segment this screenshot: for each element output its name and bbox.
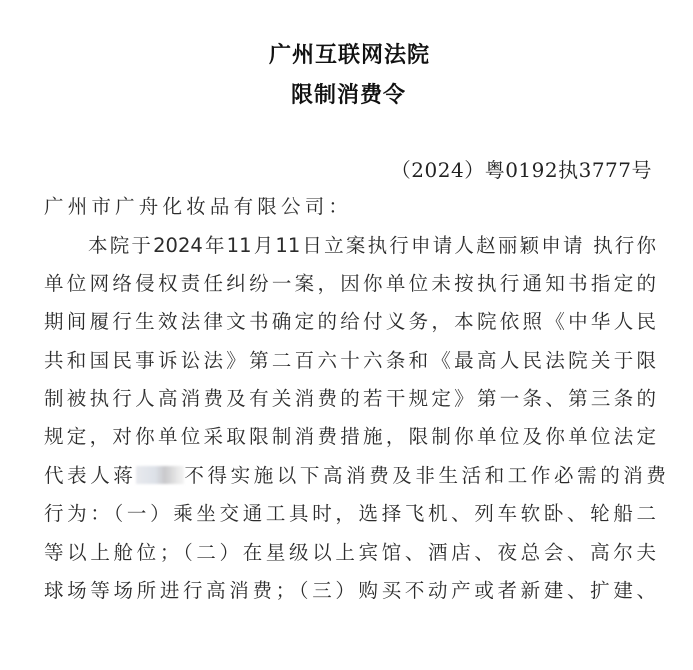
body-line-6: 规定，对你单位采取限制消费措施，限制你单位及你单位法定 — [44, 424, 656, 450]
court-name-heading: 广州互联网法院 — [3, 38, 693, 69]
addressee: 广州市广舟化妆品有限公司： — [44, 194, 656, 220]
body-line-3: 期间履行生效法律文书确定的给付义务，本院依照《中华人民 — [44, 309, 656, 335]
legal-rep-suffix: 不得实施以下高消费及非生活和工作必需的消费 — [184, 464, 669, 487]
body-line-8: 行为：（一）乘坐交通工具时，选择飞机、列车软卧、轮船二 — [44, 501, 656, 527]
body-line-1: 本院于2024年11月11日立案执行申请人赵丽颖申请 执行你 — [88, 233, 656, 259]
redacted-name-blur — [136, 466, 184, 484]
body-line-9: 等以上舱位；（二）在星级以上宾馆、酒店、夜总会、高尔夫 — [44, 540, 656, 566]
case-number: （2024）粤0192执3777号 — [391, 154, 652, 183]
body-line-7: 代表人蒋不得实施以下高消费及非生活和工作必需的消费 — [44, 463, 656, 489]
body-line-2: 单位网络侵权责任纠纷一案，因你单位未按执行通知书指定的 — [44, 271, 656, 297]
body-line-10: 球场等场所进行高消费；（三）购买不动产或者新建、扩建、 — [44, 578, 656, 604]
legal-rep-prefix: 代表人蒋 — [44, 464, 136, 487]
body-line-4: 共和国民事诉讼法》第二百六十六条和《最高人民法院关于限 — [44, 348, 656, 374]
document-type-heading: 限制消费令 — [2, 78, 693, 109]
body-line-5: 制被执行人高消费及有关消费的若干规定》第一条、第三条的 — [44, 386, 656, 412]
